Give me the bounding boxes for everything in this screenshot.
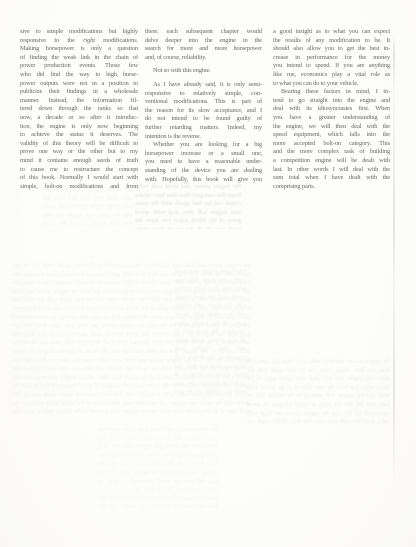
text-line: search for more and more horsepower <box>145 45 262 54</box>
text-line: responsive to relatively simple, con- <box>145 90 262 99</box>
bleed-through-block: the engine power and head with valve fro… <box>12 262 250 418</box>
text-line: manner. Instead, the information fil- <box>20 97 138 106</box>
bleed-through-block: the engine power and head with valve fro… <box>247 358 390 426</box>
text-line: Not so with this engine. <box>145 67 262 76</box>
text-line: now, a decade or so after it introduc- <box>20 114 138 123</box>
text-line: prove one way or the other but to my <box>20 148 138 157</box>
text-column-2: there, each subsequent chapter woulddelv… <box>145 28 262 184</box>
text-line: of finding the weak link in the chain of <box>20 54 138 63</box>
text-line: As I have already said, it is only semi- <box>145 81 262 90</box>
text-line: to cause me to restructure the concept <box>20 166 138 175</box>
text-line: ventional modifications. This is part of <box>145 98 262 107</box>
text-line: intention is the reverse. <box>145 133 262 142</box>
bleed-through-block: the engine power and head with valve fro… <box>42 186 134 226</box>
text-line: simple, bolt-on modifications and from <box>20 183 138 192</box>
text-line: last. In other words I will deal with th… <box>273 166 390 175</box>
text-line: with. Hopefully, this book will give you <box>145 176 262 185</box>
text-line: you need to have a reasonable under- <box>145 158 262 167</box>
text-line: and, of course, reliability. <box>145 54 262 63</box>
text-line: validity of this theory will be difficul… <box>20 140 138 149</box>
text-line: comprising parts. <box>273 183 390 192</box>
text-line: horsepower increase or a small one, <box>145 150 262 159</box>
text-line: the engine, we will then deal with the <box>273 123 390 132</box>
text-line: and the more complex task of building <box>273 148 390 157</box>
text-line: like me, economics play a vital role as <box>273 71 390 80</box>
text-line: power outputs were not in a position to <box>20 80 138 89</box>
text-line: tion, the engine is only now beginning <box>20 123 138 132</box>
text-line: a good insight as to what you can expect <box>273 28 390 37</box>
text-line: the results of any modification to be. I… <box>273 37 390 46</box>
text-line: crease in performance for the money <box>273 54 390 63</box>
text-line: sive to simple modifications but highly <box>20 28 138 37</box>
text-line: delve deeper into the engine in the <box>145 37 262 46</box>
text-line: further retarding matters. Indeed, my <box>145 124 262 133</box>
text-line: more accepted bolt-on category. This <box>273 140 390 149</box>
bleed-through-block: the engine power and head with valve fro… <box>135 183 241 229</box>
text-line: publicize their findings in a wholesale <box>20 88 138 97</box>
text-line: tered down through the ranks so that <box>20 105 138 114</box>
scanned-book-page: sive to simple modifications but highlyr… <box>0 0 416 547</box>
text-line: deal with its idiosyncrasies first. When <box>273 105 390 114</box>
bleed-through-block: the engine power and head with valve fro… <box>98 426 218 514</box>
bleed-through-block: the engine power and head with valve fro… <box>175 268 247 398</box>
text-line: speed equipment, which falls into the <box>273 131 390 140</box>
text-line: there, each subsequent chapter would <box>145 28 262 37</box>
text-line: Making horsepower is only a question <box>20 45 138 54</box>
text-line: should also allow you to get the best in… <box>273 45 390 54</box>
scan-streak <box>393 36 395 486</box>
text-line: of this book. Normally I would start wit… <box>20 174 138 183</box>
text-line: do not intend to be found guilty of <box>145 115 262 124</box>
text-line: sum total when I have dealt with the <box>273 174 390 183</box>
text-line: Whether you are looking for a big <box>145 141 262 150</box>
text-line: the reason for its slow acceptance, and … <box>145 107 262 116</box>
text-line: to achieve the status it deserves. The <box>20 131 138 140</box>
text-line: tend to go straight into the engine and <box>273 97 390 106</box>
text-line: standing of the device you are dealing <box>145 167 262 176</box>
text-line: to what you can do to your vehicle. <box>273 80 390 89</box>
text-column-1: sive to simple modifications but highlyr… <box>20 28 138 191</box>
text-column-3: a good insight as to what you can expect… <box>273 28 390 191</box>
text-line: you intend to spend. If you are anything <box>273 62 390 71</box>
text-line: mind it contains enough seeds of truth <box>20 157 138 166</box>
text-line: you have a greater understanding of <box>273 114 390 123</box>
text-line: power production events. Those few <box>20 62 138 71</box>
text-line: Bearing these factors in mind, I in- <box>273 88 390 97</box>
text-line: a competition engine will be dealt with <box>273 157 390 166</box>
text-line: who did find the way to high horse- <box>20 71 138 80</box>
text-line: responsive to the right modifications. <box>20 37 138 46</box>
